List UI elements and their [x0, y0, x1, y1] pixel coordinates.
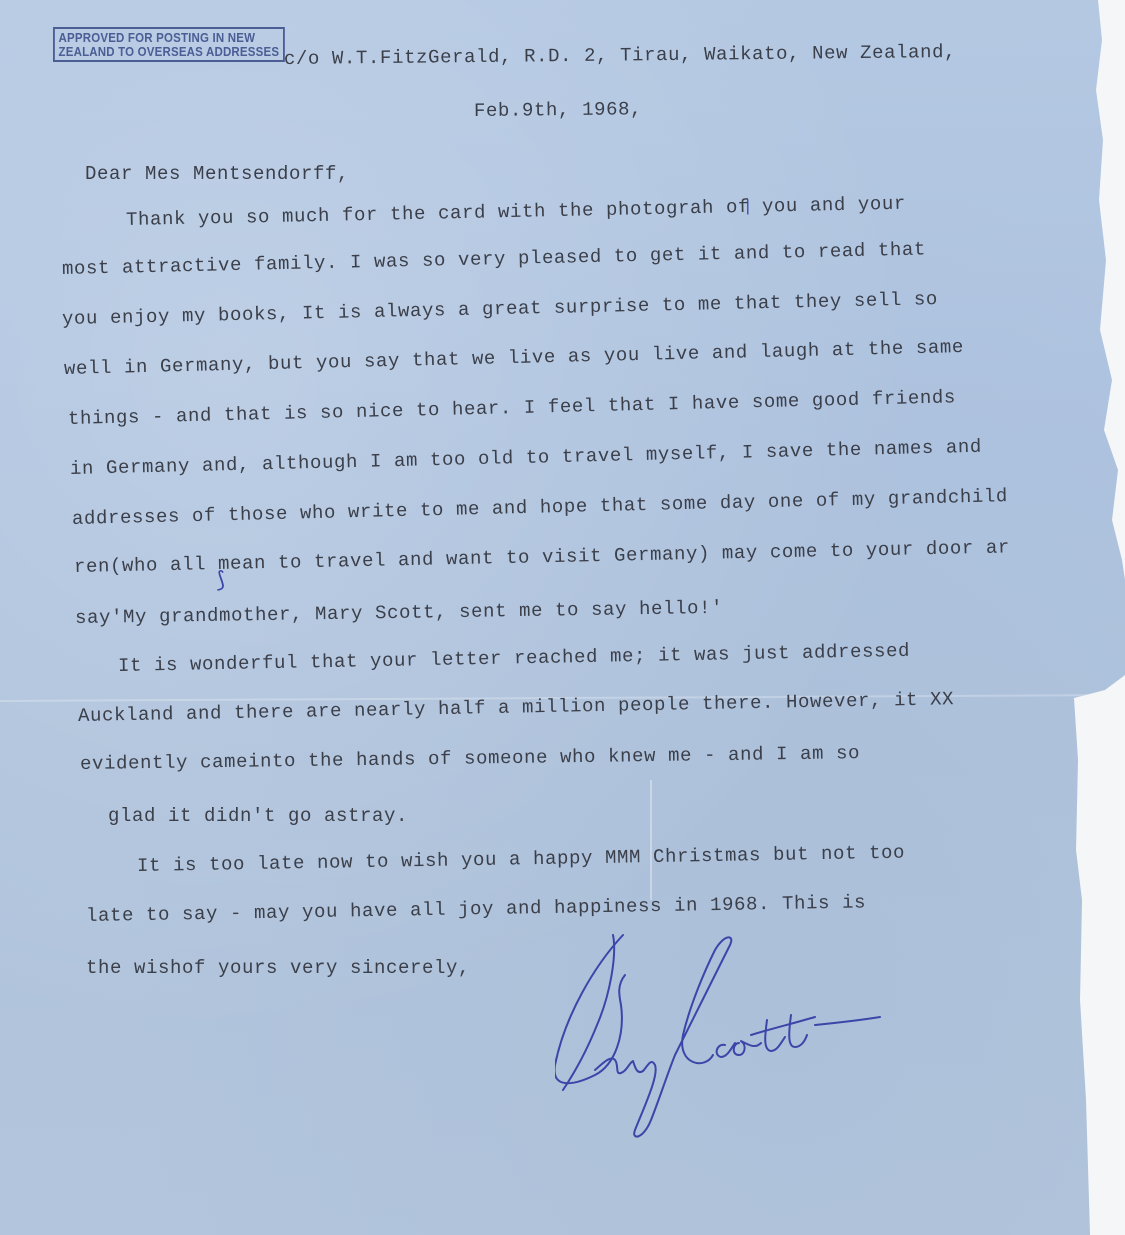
body-line: say'My grandmother, Mary Scott, sent me … — [75, 597, 723, 629]
body-line: Thank you so much for the card with the … — [126, 193, 906, 231]
handwritten-signature — [555, 925, 935, 1155]
stamp-line-2: ZEALAND TO OVERSEAS ADDRESSES — [59, 45, 280, 59]
sender-address: c/o W.T.FitzGerald, R.D. 2, Tirau, Waika… — [284, 41, 956, 70]
body-line: most attractive family. I was so very pl… — [62, 238, 926, 280]
stamp-line-1: APPROVED FOR POSTING IN NEW — [59, 31, 280, 45]
body-line: glad it didn't go astray. — [108, 805, 408, 827]
letter-date: Feb.9th, 1968, — [474, 98, 642, 122]
letter-page: APPROVED FOR POSTING IN NEW ZEALAND TO O… — [0, 0, 1125, 1235]
body-line: well in Germany, but you say that we liv… — [64, 336, 964, 380]
body-line: you enjoy my books, It is always a great… — [62, 288, 938, 330]
body-line: It is too late now to wish you a happy M… — [137, 842, 905, 877]
body-line: in Germany and, although I am too old to… — [70, 436, 982, 480]
handwritten-correction-p: | — [743, 198, 753, 216]
body-line: things - and that is so nice to hear. I … — [68, 386, 956, 430]
postal-approval-stamp: APPROVED FOR POSTING IN NEW ZEALAND TO O… — [53, 27, 285, 62]
handwritten-correction-mark: ⟆ — [214, 568, 228, 594]
paper-crease — [650, 780, 652, 900]
body-line: Auckland and there are nearly half a mil… — [78, 688, 954, 727]
salutation: Dear Mes Mentsendorff, — [85, 163, 349, 185]
body-line: It is wonderful that your letter reached… — [118, 640, 910, 677]
body-line: addresses of those who write to me and h… — [72, 485, 1008, 530]
body-line: the wishof yours very sincerely, — [86, 957, 470, 979]
body-line: late to say - may you have all joy and h… — [86, 891, 866, 927]
body-line: evidently cameinto the hands of someone … — [80, 742, 860, 775]
